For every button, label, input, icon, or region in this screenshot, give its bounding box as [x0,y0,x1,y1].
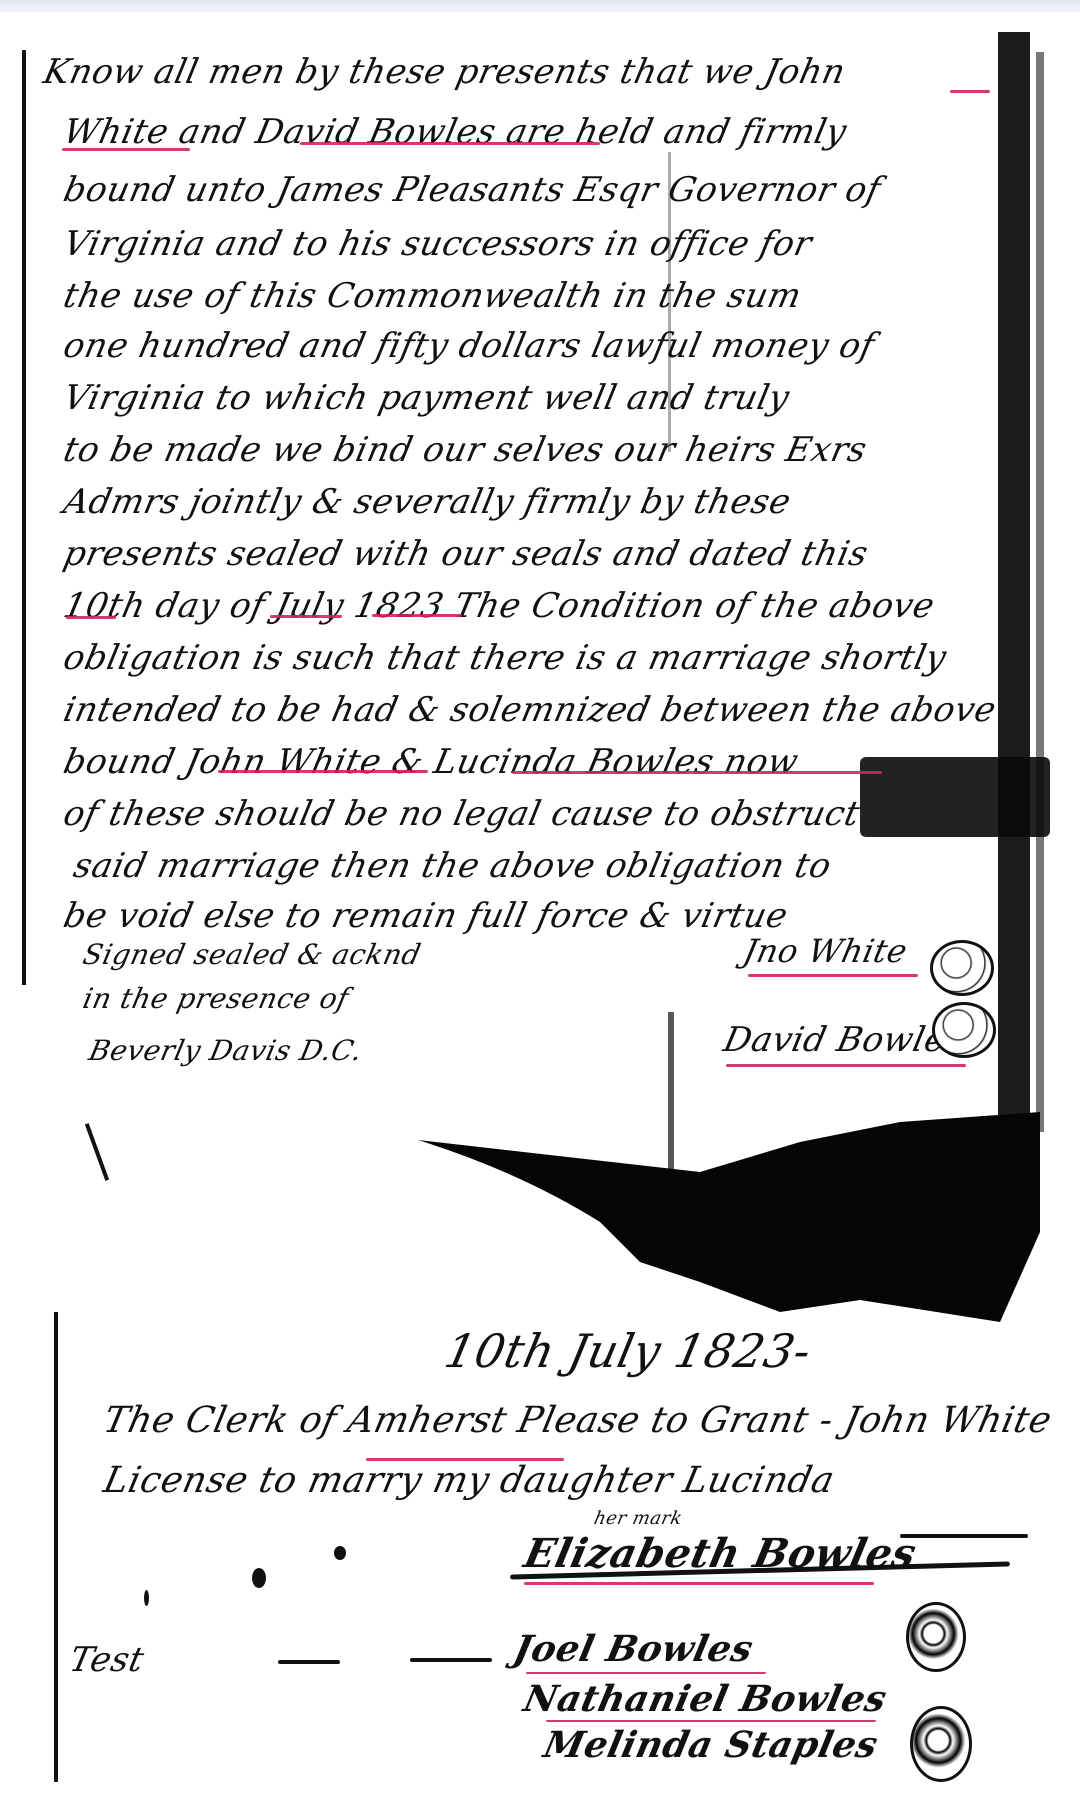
underline-john [950,90,990,93]
torn-dark-edge [0,1112,1080,1332]
bond-line-1: Know all men by these presents that we J… [40,52,849,92]
witness-line-2: in the presence of [80,982,352,1015]
bond-line-6: one hundred and fifty dollars lawful mon… [60,326,878,366]
bond-line-4: Virginia and to his successors in office… [60,224,816,264]
ink-smear [860,757,1050,837]
ink-speck [144,1590,149,1606]
underline-joel-bowles [526,1672,766,1674]
bond-line-9: Admrs jointly & severally firmly by thes… [60,482,795,522]
bond-line-2: White and David Bowles are held and firm… [60,112,850,152]
bond-line-11: 10th day of July 1823 The Condition of t… [60,586,938,626]
seal-icon [910,1706,972,1782]
signature-name: Jno White [740,932,911,970]
fold-shadow-band [998,32,1030,1142]
scanned-document-page: Know all men by these presents that we J… [0,12,1080,1798]
consent-line-1: The Clerk of Amherst Please to Grant - J… [100,1400,1055,1441]
bond-line-14: bound John White & Lucinda Bowles now [60,742,802,782]
bond-line-8: to be made we bind our selves our heirs … [60,430,870,470]
underline-jno-white [748,974,918,977]
witness-name: Beverly Davis D.C. [86,1034,365,1067]
underline-lucinda-bowles [512,771,882,774]
underline-white [62,148,190,151]
seal-icon [906,1602,966,1672]
seal-icon [930,940,994,996]
underline-elizabeth [524,1582,874,1585]
trailing-dash [900,1534,1028,1538]
seal-icon [932,1002,996,1058]
witness-line-1: Signed sealed & acknd [80,938,424,971]
witness-nathaniel-bowles: Nathaniel Bowles [520,1678,891,1720]
attest-dash-2 [410,1658,492,1662]
scan-top-edge [0,0,1080,12]
underline-nathaniel-bowles [546,1720,876,1722]
underline-david-bowles-sig [726,1064,966,1067]
ink-speck [252,1568,266,1588]
underline-david-bowles [300,142,600,145]
underline-10th [66,616,116,619]
bond-line-13: intended to be had & solemnized between … [60,690,1000,730]
ink-speck [334,1546,346,1560]
fold-shadow-band-inner [1036,52,1044,1132]
bond-line-17: be void else to remain full force & virt… [60,896,792,936]
underline-john-white-2 [218,770,428,773]
consent-left-border [54,1312,58,1782]
left-margin-line [22,50,26,985]
bond-line-3: bound unto James Pleasants Esqr Governor… [60,170,884,210]
bond-line-5: the use of this Commonwealth in the sum [60,276,805,316]
bond-line-15: of these should be no legal cause to obs… [60,794,863,834]
witness-melinda-staples: Melinda Staples [540,1724,882,1766]
attest-dash-1 [278,1660,340,1664]
underline-1823 [372,614,462,617]
signature-name: David Bowles [720,1020,968,1060]
consent-date: 10th July 1823- [440,1324,816,1378]
attest-label: Test [66,1640,148,1680]
consent-line-2: License to marry my daughter Lucinda [100,1460,838,1501]
mark-label: her mark [592,1508,684,1529]
bond-line-10: presents sealed with our seals and dated… [60,534,872,574]
bond-line-12: obligation is such that there is a marri… [60,638,950,678]
witness-joel-bowles: Joel Bowles [510,1628,757,1670]
bond-line-7: Virginia to which payment well and truly [60,378,793,418]
bond-line-16: said marriage then the above obligation … [70,846,835,886]
underline-july [270,615,342,618]
